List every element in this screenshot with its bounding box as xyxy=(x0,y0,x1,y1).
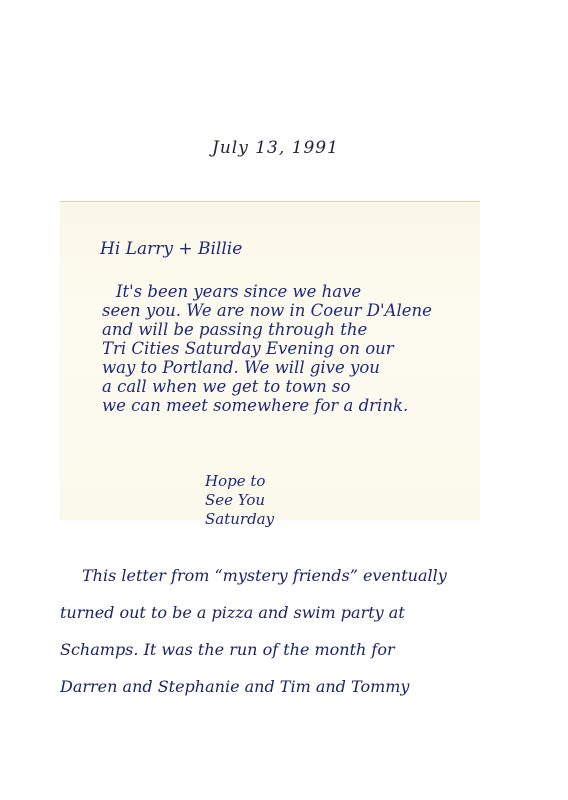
closing-line: Hope to xyxy=(205,472,274,491)
note-line: Tri Cities Saturday Evening on our xyxy=(102,339,432,358)
note-line: It's been years since we have xyxy=(102,282,432,301)
note-line: seen you. We are now in Coeur D'Alene xyxy=(102,301,432,320)
note-greeting: Hi Larry + Billie xyxy=(100,239,242,259)
closing-line: Saturday xyxy=(205,510,274,529)
letter-date: July 13, 1991 xyxy=(212,138,339,158)
note-paper: Hi Larry + Billie It's been years since … xyxy=(60,201,480,520)
note-line: a call when we get to town so xyxy=(102,377,432,396)
caption-line: This letter from “mystery friends” event… xyxy=(60,557,447,594)
note-closing: Hope to See You Saturday xyxy=(205,472,274,529)
caption-line: Darren and Stephanie and Tim and Tommy xyxy=(60,668,447,705)
note-body: It's been years since we have seen you. … xyxy=(102,282,432,415)
caption-line: Schamps. It was the run of the month for xyxy=(60,631,447,668)
note-line: we can meet somewhere for a drink. xyxy=(102,396,432,415)
note-line: and will be passing through the xyxy=(102,320,432,339)
closing-line: See You xyxy=(205,491,274,510)
caption-line: turned out to be a pizza and swim party … xyxy=(60,594,447,631)
note-line: way to Portland. We will give you xyxy=(102,358,432,377)
scrapbook-caption: This letter from “mystery friends” event… xyxy=(60,557,447,705)
